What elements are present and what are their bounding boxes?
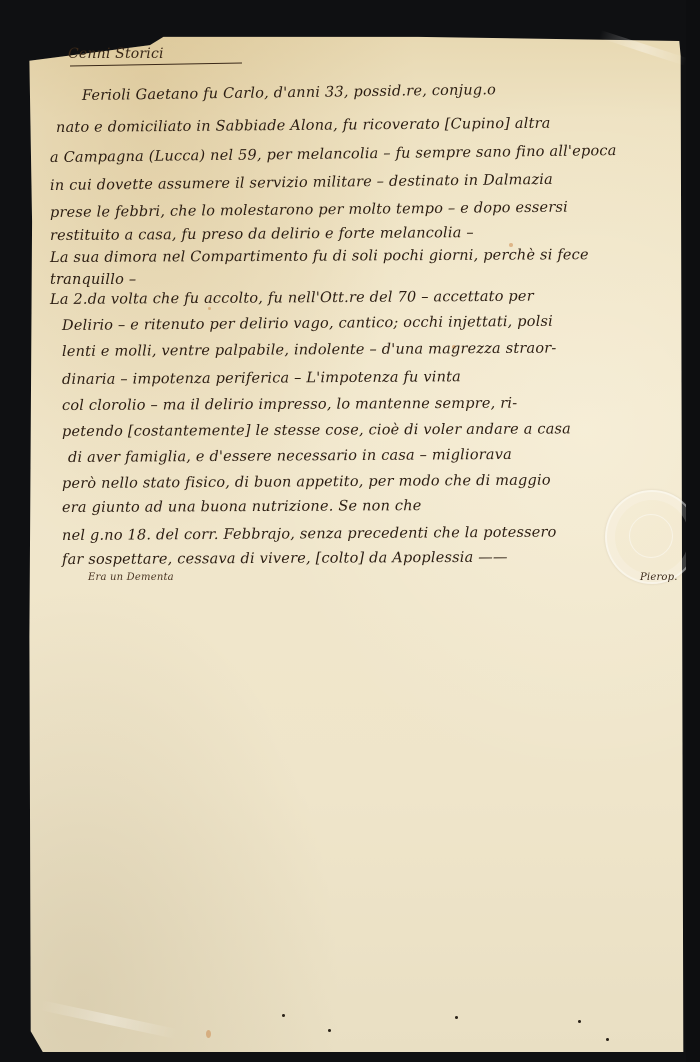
signature: Pierop. xyxy=(640,572,678,583)
manuscript-line-17: era giunto ad una buona nutrizione. Se n… xyxy=(62,498,422,516)
margin-note: Era un Dementa xyxy=(88,572,174,583)
scan-border xyxy=(686,0,700,1062)
manuscript-line-8: tranquillo – xyxy=(50,272,136,288)
manuscript-line-6: restituito a casa, fu preso da delirio e… xyxy=(50,225,474,244)
ink-speck xyxy=(328,1029,331,1032)
foxing-stain xyxy=(208,307,211,310)
embossed-seal-center xyxy=(629,514,673,558)
ink-speck xyxy=(455,1016,458,1019)
manuscript-line-9: La 2.da volta che fu accolto, fu nell'Ot… xyxy=(50,289,534,308)
foxing-stain xyxy=(206,1030,211,1038)
manuscript-line-19: far sospettare, cessava di vivere, [colt… xyxy=(62,550,508,568)
manuscript-line-7: La sua dimora nel Compartimento fu di so… xyxy=(50,247,589,266)
ink-speck xyxy=(606,1038,609,1041)
ink-speck xyxy=(282,1014,285,1017)
document-heading: Cenni Storici xyxy=(68,46,164,62)
manuscript-line-13: col clorolio – ma il delirio impresso, l… xyxy=(62,396,517,414)
scanned-page: Cenni Storici Ferioli Gaetano fu Carlo, … xyxy=(0,0,700,1062)
foxing-stain xyxy=(509,243,513,247)
ink-speck xyxy=(578,1020,581,1023)
embossed-seal xyxy=(605,490,699,584)
manuscript-line-15: di aver famiglia, e d'essere necessario … xyxy=(68,447,512,466)
manuscript-line-14: petendo [costantemente] le stesse cose, … xyxy=(62,421,571,440)
manuscript-line-12: dinaria – impotenza periferica – L'impot… xyxy=(62,369,461,388)
manuscript-line-16: però nello stato fisico, di buon appetit… xyxy=(62,473,551,492)
